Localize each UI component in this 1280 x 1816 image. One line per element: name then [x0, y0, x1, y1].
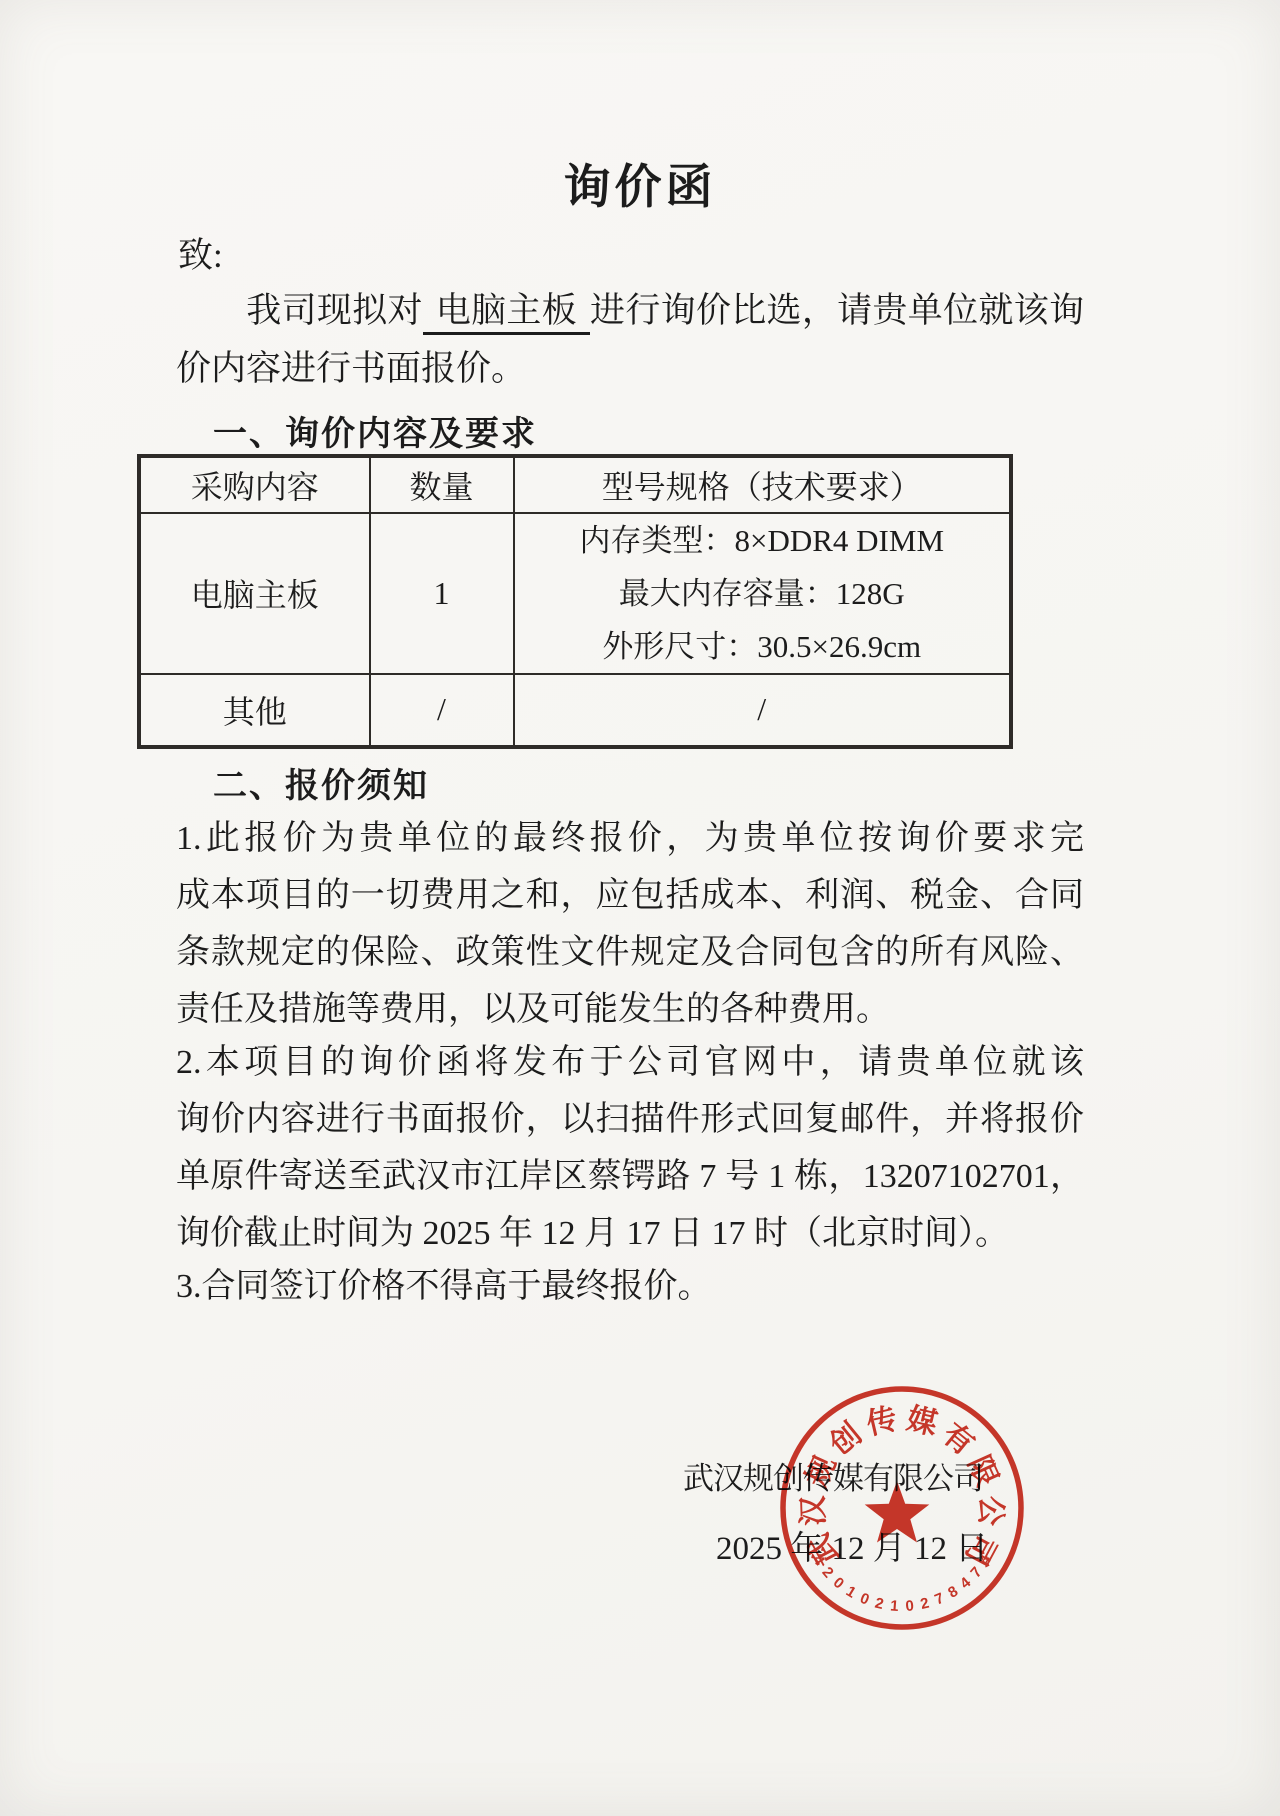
text-line: 内存类型：8×DDR4 DIMM: [515, 514, 1010, 567]
notes-paragraph-1: 1.此报价为贵单位的最终报价，为贵单位按询价要求完成本项目的一切费用之和，应包括…: [176, 810, 1084, 1038]
table-header-row: 采购内容 数量 型号规格（技术要求）: [140, 457, 1011, 513]
seal-serial-digit: 0: [841, 1575, 888, 1622]
section2-heading: 二、报价须知: [213, 758, 429, 807]
cell-other-qty: /: [370, 674, 514, 747]
text-line: 成本项目的一切费用之和，应包括成本、利润、税金、合同: [176, 867, 1084, 924]
text-line: 外形尺寸：30.5×26.9cm: [515, 620, 1010, 673]
intro-paragraph: 我司现拟对电脑主板进行询价比选，请贵单位就该询 价内容进行书面报价。: [176, 282, 1084, 398]
header-quantity: 数量: [370, 457, 514, 513]
intro-text-pre: 我司现拟对: [246, 291, 423, 330]
text-line: 询价内容进行书面报价，以扫描件形式回复邮件，并将报价: [176, 1091, 1084, 1148]
seal-serial-digit: 1: [875, 1586, 914, 1625]
document-title: 询价函: [0, 150, 1280, 217]
text-line: 单原件寄送至武汉市江岸区蔡锷路 7 号 1 栋，13207102701，: [176, 1148, 1084, 1205]
header-procurement-content: 采购内容: [140, 457, 370, 513]
table-row: 电脑主板 1 内存类型：8×DDR4 DIMM最大内存容量：128G外形尺寸：3…: [140, 513, 1011, 674]
seal-serial-digit: 2: [858, 1582, 901, 1625]
text-line: 条款规定的保险、政策性文件规定及合同包含的所有风险、: [176, 924, 1084, 981]
seal-serial-digit: 1: [826, 1567, 875, 1616]
text-line: 最大内存容量：128G: [515, 567, 1010, 620]
signature-date: 2025 年 12 月 12 日: [716, 1522, 988, 1569]
cell-other-specs: /: [514, 674, 1011, 747]
text-line: 询价截止时间为 2025 年 12 月 17 日 17 时（北京时间）。: [176, 1205, 1084, 1262]
intro-line-1: 我司现拟对电脑主板进行询价比选，请贵单位就该询: [176, 282, 1084, 340]
text-line: 责任及措施等费用，以及可能发生的各种费用。: [176, 981, 1084, 1038]
inquiry-table: 采购内容 数量 型号规格（技术要求） 电脑主板 1 内存类型：8×DDR4 DI…: [138, 455, 1012, 748]
signature-company-name: 武汉规创传媒有限公司: [683, 1453, 983, 1498]
table-row: 其他 / /: [140, 674, 1011, 747]
seal-arc-character: 媒: [901, 1397, 944, 1440]
seal-graphic: [762, 1368, 1042, 1648]
underlined-subject: 电脑主板: [423, 291, 590, 335]
notes-paragraph-3: 3.合同签订价格不得高于最终报价。: [176, 1258, 1084, 1315]
seal-serial-digit: 8: [928, 1567, 977, 1616]
seal-ring: [783, 1389, 1021, 1627]
seal-serial-digit: 2: [903, 1582, 946, 1625]
seal-arc-character: 传: [860, 1397, 903, 1440]
notes-paragraph-2: 2.本项目的询价函将发布于公司官网中，请贵单位就该询价内容进行书面报价，以扫描件…: [176, 1034, 1084, 1262]
intro-line-2: 价内容进行书面报价。: [176, 340, 1084, 398]
text-line: 1.此报价为贵单位的最终报价，为贵单位按询价要求完: [176, 810, 1084, 867]
document-page: 询价函 致: 我司现拟对电脑主板进行询价比选，请贵单位就该询 价内容进行书面报价…: [0, 0, 1280, 1816]
section1-heading: 一、询价内容及要求: [213, 406, 537, 455]
intro-text-post: 进行询价比选，请贵单位就该询: [590, 291, 1084, 330]
company-seal: 武汉规创传媒有限公司42010210278474: [762, 1368, 1042, 1648]
header-specs: 型号规格（技术要求）: [514, 457, 1011, 513]
seal-serial-digit: 7: [916, 1575, 963, 1622]
text-line: 3.合同签订价格不得高于最终报价。: [176, 1258, 1084, 1315]
cell-other-label: 其他: [140, 674, 370, 747]
cell-item-specs: 内存类型：8×DDR4 DIMM最大内存容量：128G外形尺寸：30.5×26.…: [514, 513, 1011, 674]
seal-serial-digit: 0: [890, 1586, 929, 1625]
cell-item-name: 电脑主板: [140, 513, 370, 674]
cell-item-qty: 1: [370, 513, 514, 674]
text-line: 2.本项目的询价函将发布于公司官网中，请贵单位就该: [176, 1034, 1084, 1091]
salutation: 致:: [178, 228, 223, 278]
